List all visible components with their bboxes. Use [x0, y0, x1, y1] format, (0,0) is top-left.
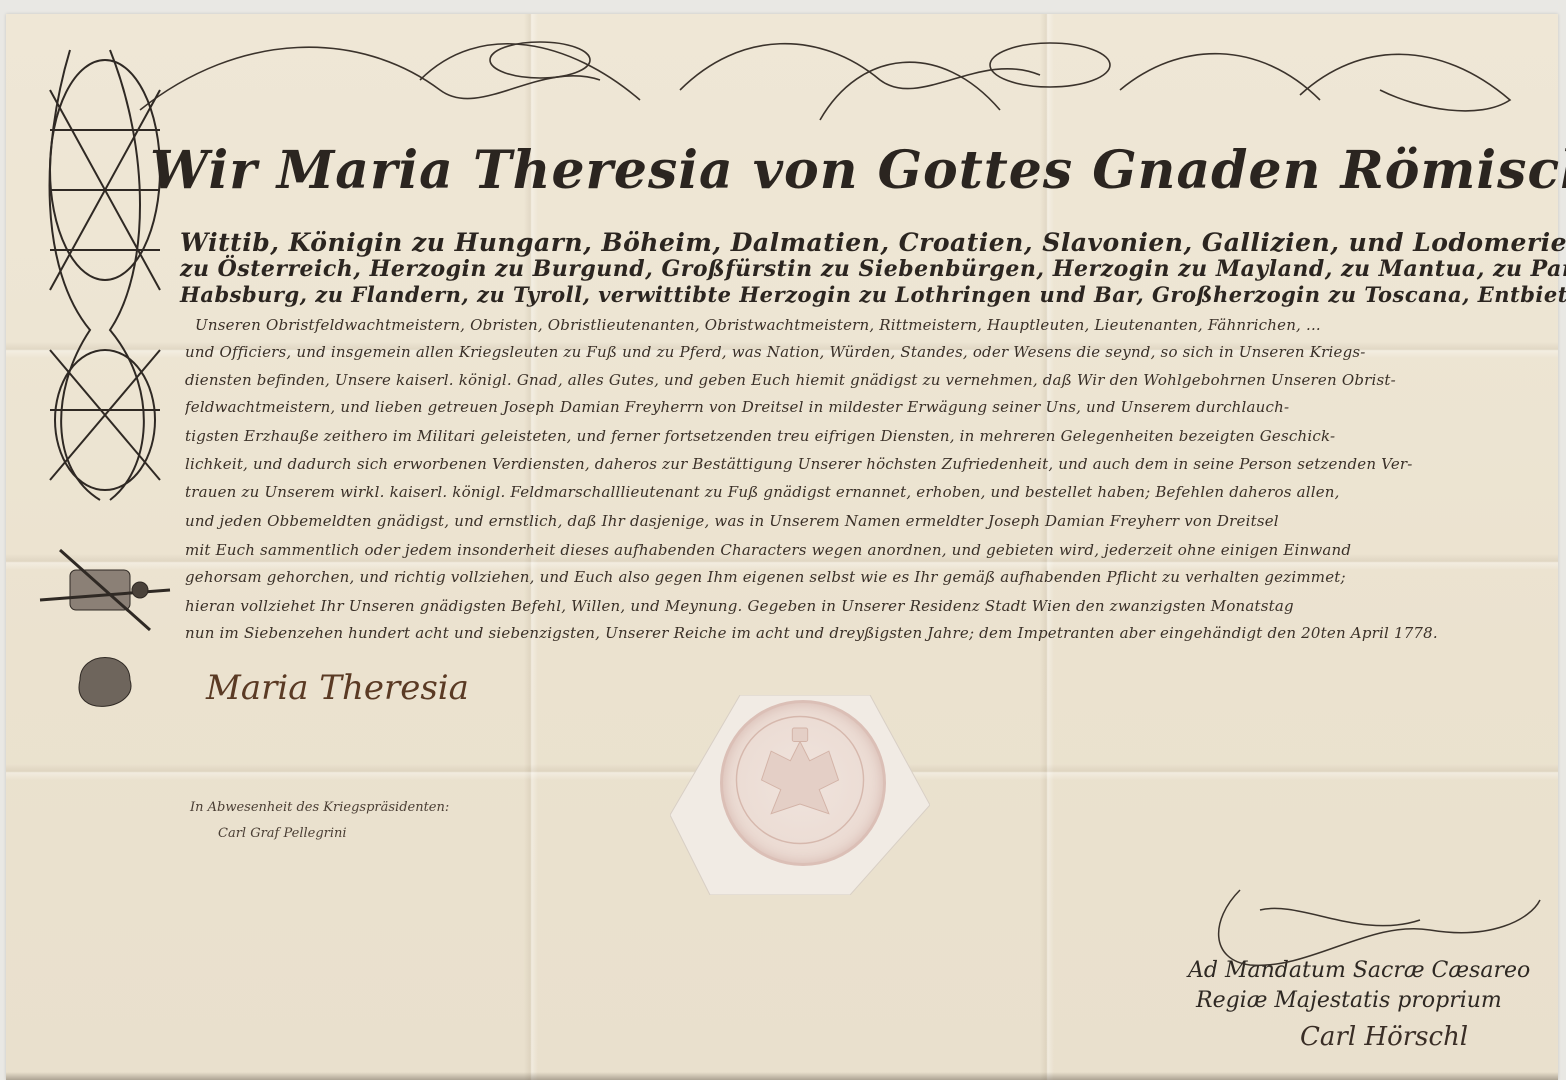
body-line: nun im Siebenzehen hundert acht und sieb…	[185, 624, 1540, 642]
body-line: hieran vollziehet Ihr Unseren gnädigsten…	[185, 597, 1540, 615]
body-line: mit Euch sammentlich oder jedem insonder…	[185, 541, 1540, 559]
sovereign-signature: Maria Theresia	[206, 668, 469, 708]
signature-flourish-ornament	[1170, 880, 1550, 970]
title-line-4: Habsburg, zu Flandern, zu Tyroll, verwit…	[180, 282, 1566, 307]
body-line: diensten befinden, Unsere kaiserl. könig…	[185, 371, 1540, 389]
title-line-3: zu Österreich, Herzogin zu Burgund, Groß…	[180, 256, 1566, 282]
countersignature: Carl Hörschl	[1300, 1022, 1468, 1052]
official-signature: Carl Graf Pellegrini	[218, 826, 347, 841]
body-line: trauen zu Unserem wirkl. kaiserl. königl…	[185, 483, 1540, 501]
military-trophy-ornament	[40, 550, 170, 706]
ornamental-border-column	[30, 30, 180, 750]
body-line: und Officiers, und insgemein allen Krieg…	[185, 343, 1540, 361]
body-line: lichkeit, und dadurch sich erworbenen Ve…	[185, 455, 1540, 473]
double-headed-eagle-icon	[723, 703, 877, 857]
absence-note: In Abwesenheit des Kriegspräsidenten:	[190, 800, 449, 815]
calligraphic-flourish-ornament	[120, 20, 1540, 130]
mandate-formula-line-2: Regiæ Majestatis proprium	[1196, 988, 1502, 1013]
body-line: gehorsam gehorchen, und richtig vollzieh…	[185, 568, 1540, 586]
body-line: und jeden Obbemeldten gnädigst, und erns…	[185, 512, 1540, 530]
title-line-2: Wittib, Königin zu Hungarn, Böheim, Dalm…	[180, 228, 1566, 257]
body-line: tigsten Erzhauße zeithero im Militari ge…	[185, 427, 1540, 445]
body-line: Unseren Obristfeldwachtmeistern, Obriste…	[195, 316, 1540, 334]
imperial-seal-double-headed-eagle	[720, 700, 886, 866]
sheet-edge-shadow	[6, 1072, 1558, 1080]
document-title-line: Wir Maria Theresia von Gottes Gnaden Röm…	[150, 140, 1566, 201]
body-line: feldwachtmeistern, und lieben getreuen J…	[185, 398, 1540, 416]
